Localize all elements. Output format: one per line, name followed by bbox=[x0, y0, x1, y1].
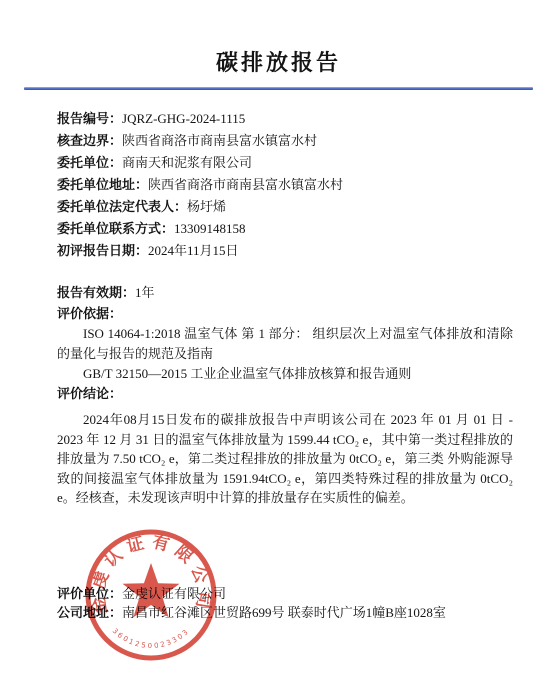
field-client-unit: 委托单位：商南天和泥浆有限公司 bbox=[57, 152, 513, 174]
evaluation-conclusion-label: 评价结论： bbox=[57, 384, 513, 404]
report-footer: 评价单位：金虔认证有限公司 公司地址：南昌市红谷滩区世贸路699号 联泰时代广场… bbox=[57, 584, 513, 623]
report-page: 碳排放报告 报告编号：JQRZ-GHG-2024-1115 核查边界：陕西省商洛… bbox=[0, 0, 557, 699]
report-body: 报告编号：JQRZ-GHG-2024-1115 核查边界：陕西省商洛市商南县富水… bbox=[0, 90, 557, 623]
field-value: 杨圩烯 bbox=[187, 199, 226, 214]
field-label: 委托单位地址： bbox=[57, 177, 148, 192]
field-label: 委托单位联系方式： bbox=[57, 221, 174, 236]
evaluation-conclusion-text: 2024年08月15日发布的碳排放报告中声明该公司在 2023 年 01 月 0… bbox=[57, 410, 513, 508]
field-value: 陕西省商洛市商南县富水镇富水村 bbox=[122, 133, 317, 148]
field-value: 2024年11月15日 bbox=[148, 243, 239, 258]
field-evaluation-unit: 评价单位：金虔认证有限公司 bbox=[57, 584, 513, 604]
field-value: JQRZ-GHG-2024-1115 bbox=[122, 111, 245, 126]
field-value: 13309148158 bbox=[174, 221, 246, 236]
field-label: 报告有效期： bbox=[57, 285, 135, 300]
field-value: 陕西省商洛市商南县富水镇富水村 bbox=[148, 177, 343, 192]
evaluation-basis-label: 评价依据： bbox=[57, 304, 513, 324]
field-report-validity: 报告有效期：1年 bbox=[57, 282, 513, 304]
field-report-number: 报告编号：JQRZ-GHG-2024-1115 bbox=[57, 108, 513, 130]
field-label: 委托单位： bbox=[57, 155, 122, 170]
field-value: 金虔认证有限公司 bbox=[122, 586, 226, 601]
field-verification-boundary: 核查边界：陕西省商洛市商南县富水镇富水村 bbox=[57, 130, 513, 152]
basis-item-gbt: GB/T 32150—2015 工业企业温室气体排放核算和报告通则 bbox=[57, 364, 513, 384]
field-label: 委托单位法定代表人： bbox=[57, 199, 187, 214]
field-value: 1年 bbox=[135, 285, 155, 300]
field-client-address: 委托单位地址：陕西省商洛市商南县富水镇富水村 bbox=[57, 174, 513, 196]
seal-serial-number: 3601250023303 bbox=[111, 627, 191, 650]
field-label: 初评报告日期： bbox=[57, 243, 148, 258]
field-label: 公司地址： bbox=[57, 605, 122, 620]
field-label: 评价单位： bbox=[57, 586, 122, 601]
field-label: 核查边界： bbox=[57, 133, 122, 148]
field-value: 商南天和泥浆有限公司 bbox=[122, 155, 252, 170]
field-label: 报告编号： bbox=[57, 111, 122, 126]
field-contact-phone: 委托单位联系方式：13309148158 bbox=[57, 218, 513, 240]
page-title: 碳排放报告 bbox=[0, 0, 557, 77]
field-value: 南昌市红谷滩区世贸路699号 联泰时代广场1幢B座1028室 bbox=[122, 605, 446, 620]
field-legal-representative: 委托单位法定代表人：杨圩烯 bbox=[57, 196, 513, 218]
field-company-address: 公司地址：南昌市红谷滩区世贸路699号 联泰时代广场1幢B座1028室 bbox=[57, 603, 513, 623]
field-initial-report-date: 初评报告日期：2024年11月15日 bbox=[57, 240, 513, 262]
basis-item-iso: ISO 14064-1:2018 温室气体 第 1 部分： 组织层次上对温室气体… bbox=[57, 324, 513, 364]
